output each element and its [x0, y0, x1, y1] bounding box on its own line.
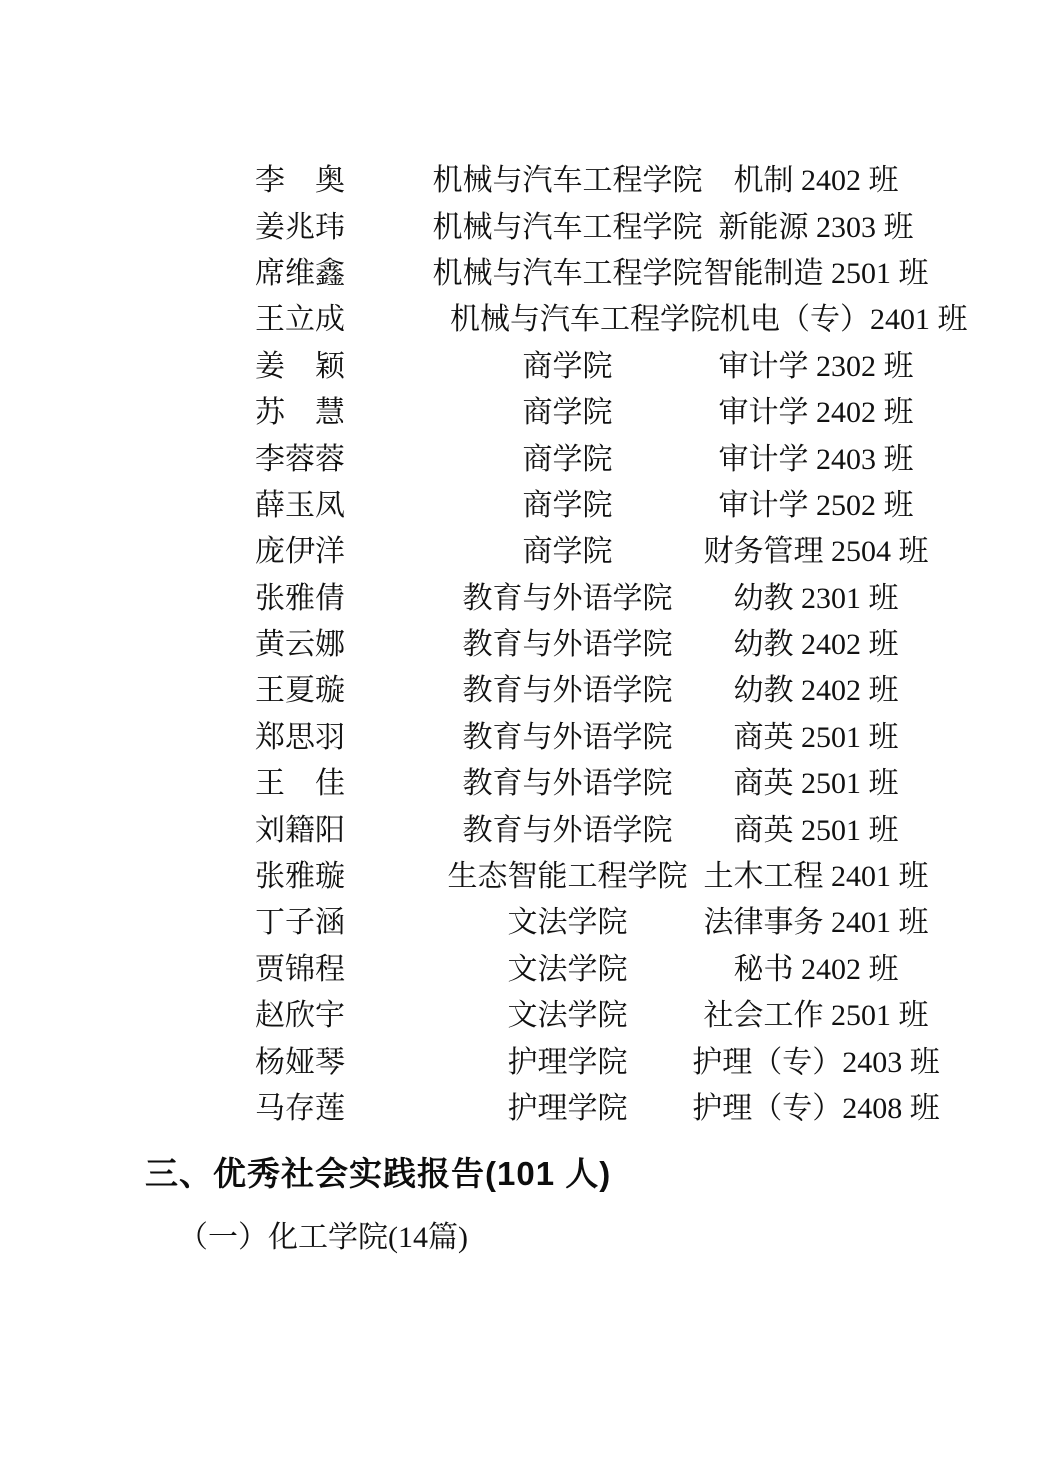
college-cell: 文法学院 — [415, 897, 720, 941]
college-cell: 教育与外语学院 — [415, 712, 720, 756]
college-name: 商学院 — [523, 526, 613, 570]
student-name: 丁子涵 — [255, 897, 415, 941]
class-name: 幼教 2402 班 — [734, 619, 899, 663]
class-name: 新能源 2303 班 — [719, 202, 914, 246]
college-name: 商学院 — [523, 341, 613, 385]
student-row: 姜 颖 商学院 审计学 2302 班 — [0, 340, 1050, 386]
class-cell: 审计学 2502 班 — [720, 480, 912, 524]
college-name: 文法学院 — [508, 897, 628, 941]
student-row: 张雅璇 生态智能工程学院 土木工程 2401 班 — [0, 850, 1050, 896]
college-name: 教育与外语学院 — [463, 573, 673, 617]
student-row: 姜兆玮 机械与汽车工程学院 新能源 2303 班 — [0, 200, 1050, 246]
student-row: 王立成 机械与汽车工程学院 机电（专）2401 班 — [0, 293, 1050, 339]
student-row: 杨娅琴 护理学院 护理（专）2403 班 — [0, 1035, 1050, 1081]
college-cell: 护理学院 — [415, 1083, 720, 1127]
college-name: 生态智能工程学院 — [448, 851, 688, 895]
class-name: 审计学 2402 班 — [719, 387, 914, 431]
student-row: 张雅倩 教育与外语学院 幼教 2301 班 — [0, 572, 1050, 618]
student-name: 王 佳 — [255, 758, 415, 802]
class-name: 机制 2402 班 — [734, 155, 899, 199]
college-cell: 商学院 — [415, 387, 720, 431]
student-row: 刘籍阳 教育与外语学院 商英 2501 班 — [0, 803, 1050, 849]
class-name: 秘书 2402 班 — [734, 944, 899, 988]
student-name: 赵欣宇 — [255, 990, 415, 1034]
class-name: 护理（专）2403 班 — [692, 1037, 940, 1081]
class-cell: 商英 2501 班 — [720, 758, 912, 802]
student-row: 郑思羽 教育与外语学院 商英 2501 班 — [0, 711, 1050, 757]
subsection-heading: （一）化工学院(14篇) — [178, 1212, 468, 1256]
college-cell: 商学院 — [415, 341, 720, 385]
class-cell: 机制 2402 班 — [720, 155, 912, 199]
student-name: 杨娅琴 — [255, 1037, 415, 1081]
student-name: 苏 慧 — [255, 387, 415, 431]
college-name: 护理学院 — [508, 1083, 628, 1127]
college-name: 教育与外语学院 — [463, 758, 673, 802]
student-row: 薛玉凤 商学院 审计学 2502 班 — [0, 479, 1050, 525]
college-cell: 商学院 — [415, 526, 720, 570]
college-cell: 机械与汽车工程学院 — [415, 294, 720, 338]
class-cell: 智能制造 2501 班 — [720, 248, 912, 292]
student-name: 黄云娜 — [255, 619, 415, 663]
class-cell: 新能源 2303 班 — [720, 202, 912, 246]
college-cell: 护理学院 — [415, 1037, 720, 1081]
student-row: 贾锦程 文法学院 秘书 2402 班 — [0, 943, 1050, 989]
class-cell: 机电（专）2401 班 — [720, 294, 912, 338]
class-name: 审计学 2302 班 — [719, 341, 914, 385]
college-name: 商学院 — [523, 434, 613, 478]
student-name: 张雅璇 — [255, 851, 415, 895]
student-row: 马存莲 护理学院 护理（专）2408 班 — [0, 1082, 1050, 1128]
section-heading: 三、优秀社会实践报告(101 人) — [145, 1148, 611, 1195]
student-name: 王立成 — [255, 294, 415, 338]
class-cell: 财务管理 2504 班 — [720, 526, 912, 570]
class-cell: 秘书 2402 班 — [720, 944, 912, 988]
class-name: 审计学 2502 班 — [719, 480, 914, 524]
student-name: 张雅倩 — [255, 573, 415, 617]
student-name: 郑思羽 — [255, 712, 415, 756]
class-cell: 商英 2501 班 — [720, 712, 912, 756]
class-name: 审计学 2403 班 — [719, 434, 914, 478]
class-cell: 审计学 2403 班 — [720, 434, 912, 478]
college-name: 机械与汽车工程学院 — [433, 202, 703, 246]
student-name: 李 奥 — [255, 155, 415, 199]
class-cell: 幼教 2402 班 — [720, 619, 912, 663]
college-name: 教育与外语学院 — [463, 805, 673, 849]
student-name: 马存莲 — [255, 1083, 415, 1127]
class-name: 幼教 2301 班 — [734, 573, 899, 617]
student-row: 丁子涵 文法学院 法律事务 2401 班 — [0, 896, 1050, 942]
class-cell: 审计学 2402 班 — [720, 387, 912, 431]
college-cell: 商学院 — [415, 480, 720, 524]
student-row: 李蓉蓉 商学院 审计学 2403 班 — [0, 432, 1050, 478]
student-name: 薛玉凤 — [255, 480, 415, 524]
college-name: 文法学院 — [508, 944, 628, 988]
class-cell: 护理（专）2403 班 — [720, 1037, 912, 1081]
college-cell: 教育与外语学院 — [415, 805, 720, 849]
college-cell: 文法学院 — [415, 990, 720, 1034]
class-cell: 幼教 2301 班 — [720, 573, 912, 617]
student-name: 刘籍阳 — [255, 805, 415, 849]
student-row: 赵欣宇 文法学院 社会工作 2501 班 — [0, 989, 1050, 1035]
college-name: 文法学院 — [508, 990, 628, 1034]
class-name: 财务管理 2504 班 — [704, 526, 929, 570]
college-cell: 机械与汽车工程学院 — [415, 155, 720, 199]
college-name: 商学院 — [523, 480, 613, 524]
student-name: 姜兆玮 — [255, 202, 415, 246]
student-name: 贾锦程 — [255, 944, 415, 988]
class-name: 护理（专）2408 班 — [692, 1083, 940, 1127]
class-cell: 商英 2501 班 — [720, 805, 912, 849]
class-name: 商英 2501 班 — [734, 758, 899, 802]
class-name: 幼教 2402 班 — [734, 665, 899, 709]
student-row: 王夏璇 教育与外语学院 幼教 2402 班 — [0, 664, 1050, 710]
class-cell: 幼教 2402 班 — [720, 665, 912, 709]
college-name: 护理学院 — [508, 1037, 628, 1081]
class-name: 商英 2501 班 — [734, 805, 899, 849]
class-name: 法律事务 2401 班 — [704, 897, 929, 941]
class-name: 社会工作 2501 班 — [704, 990, 929, 1034]
document-page: 李 奥 机械与汽车工程学院 机制 2402 班 姜兆玮 机械与汽车工程学院 新能… — [0, 0, 1050, 1480]
college-cell: 文法学院 — [415, 944, 720, 988]
student-award-list: 李 奥 机械与汽车工程学院 机制 2402 班 姜兆玮 机械与汽车工程学院 新能… — [0, 154, 1050, 1128]
class-name: 商英 2501 班 — [734, 712, 899, 756]
college-cell: 教育与外语学院 — [415, 665, 720, 709]
student-row: 苏 慧 商学院 审计学 2402 班 — [0, 386, 1050, 432]
class-cell: 土木工程 2401 班 — [720, 851, 912, 895]
student-name: 姜 颖 — [255, 341, 415, 385]
class-name: 机电（专）2401 班 — [720, 294, 968, 338]
college-name: 机械与汽车工程学院 — [433, 155, 703, 199]
student-name: 李蓉蓉 — [255, 434, 415, 478]
class-name: 土木工程 2401 班 — [704, 851, 929, 895]
student-row: 席维鑫 机械与汽车工程学院 智能制造 2501 班 — [0, 247, 1050, 293]
class-cell: 审计学 2302 班 — [720, 341, 912, 385]
college-cell: 机械与汽车工程学院 — [415, 202, 720, 246]
college-name: 教育与外语学院 — [463, 665, 673, 709]
student-row: 黄云娜 教育与外语学院 幼教 2402 班 — [0, 618, 1050, 664]
class-cell: 护理（专）2408 班 — [720, 1083, 912, 1127]
college-name: 教育与外语学院 — [463, 712, 673, 756]
college-cell: 生态智能工程学院 — [415, 851, 720, 895]
college-cell: 教育与外语学院 — [415, 573, 720, 617]
college-cell: 机械与汽车工程学院 — [415, 248, 720, 292]
class-name: 智能制造 2501 班 — [704, 248, 929, 292]
college-cell: 商学院 — [415, 434, 720, 478]
college-name: 机械与汽车工程学院 — [433, 248, 703, 292]
student-name: 王夏璇 — [255, 665, 415, 709]
student-row: 庞伊洋 商学院 财务管理 2504 班 — [0, 525, 1050, 571]
student-name: 席维鑫 — [255, 248, 415, 292]
student-name: 庞伊洋 — [255, 526, 415, 570]
college-cell: 教育与外语学院 — [415, 758, 720, 802]
class-cell: 法律事务 2401 班 — [720, 897, 912, 941]
college-name: 商学院 — [523, 387, 613, 431]
college-name: 机械与汽车工程学院 — [450, 294, 720, 338]
college-cell: 教育与外语学院 — [415, 619, 720, 663]
student-row: 王 佳 教育与外语学院 商英 2501 班 — [0, 757, 1050, 803]
student-row: 李 奥 机械与汽车工程学院 机制 2402 班 — [0, 154, 1050, 200]
class-cell: 社会工作 2501 班 — [720, 990, 912, 1034]
college-name: 教育与外语学院 — [463, 619, 673, 663]
